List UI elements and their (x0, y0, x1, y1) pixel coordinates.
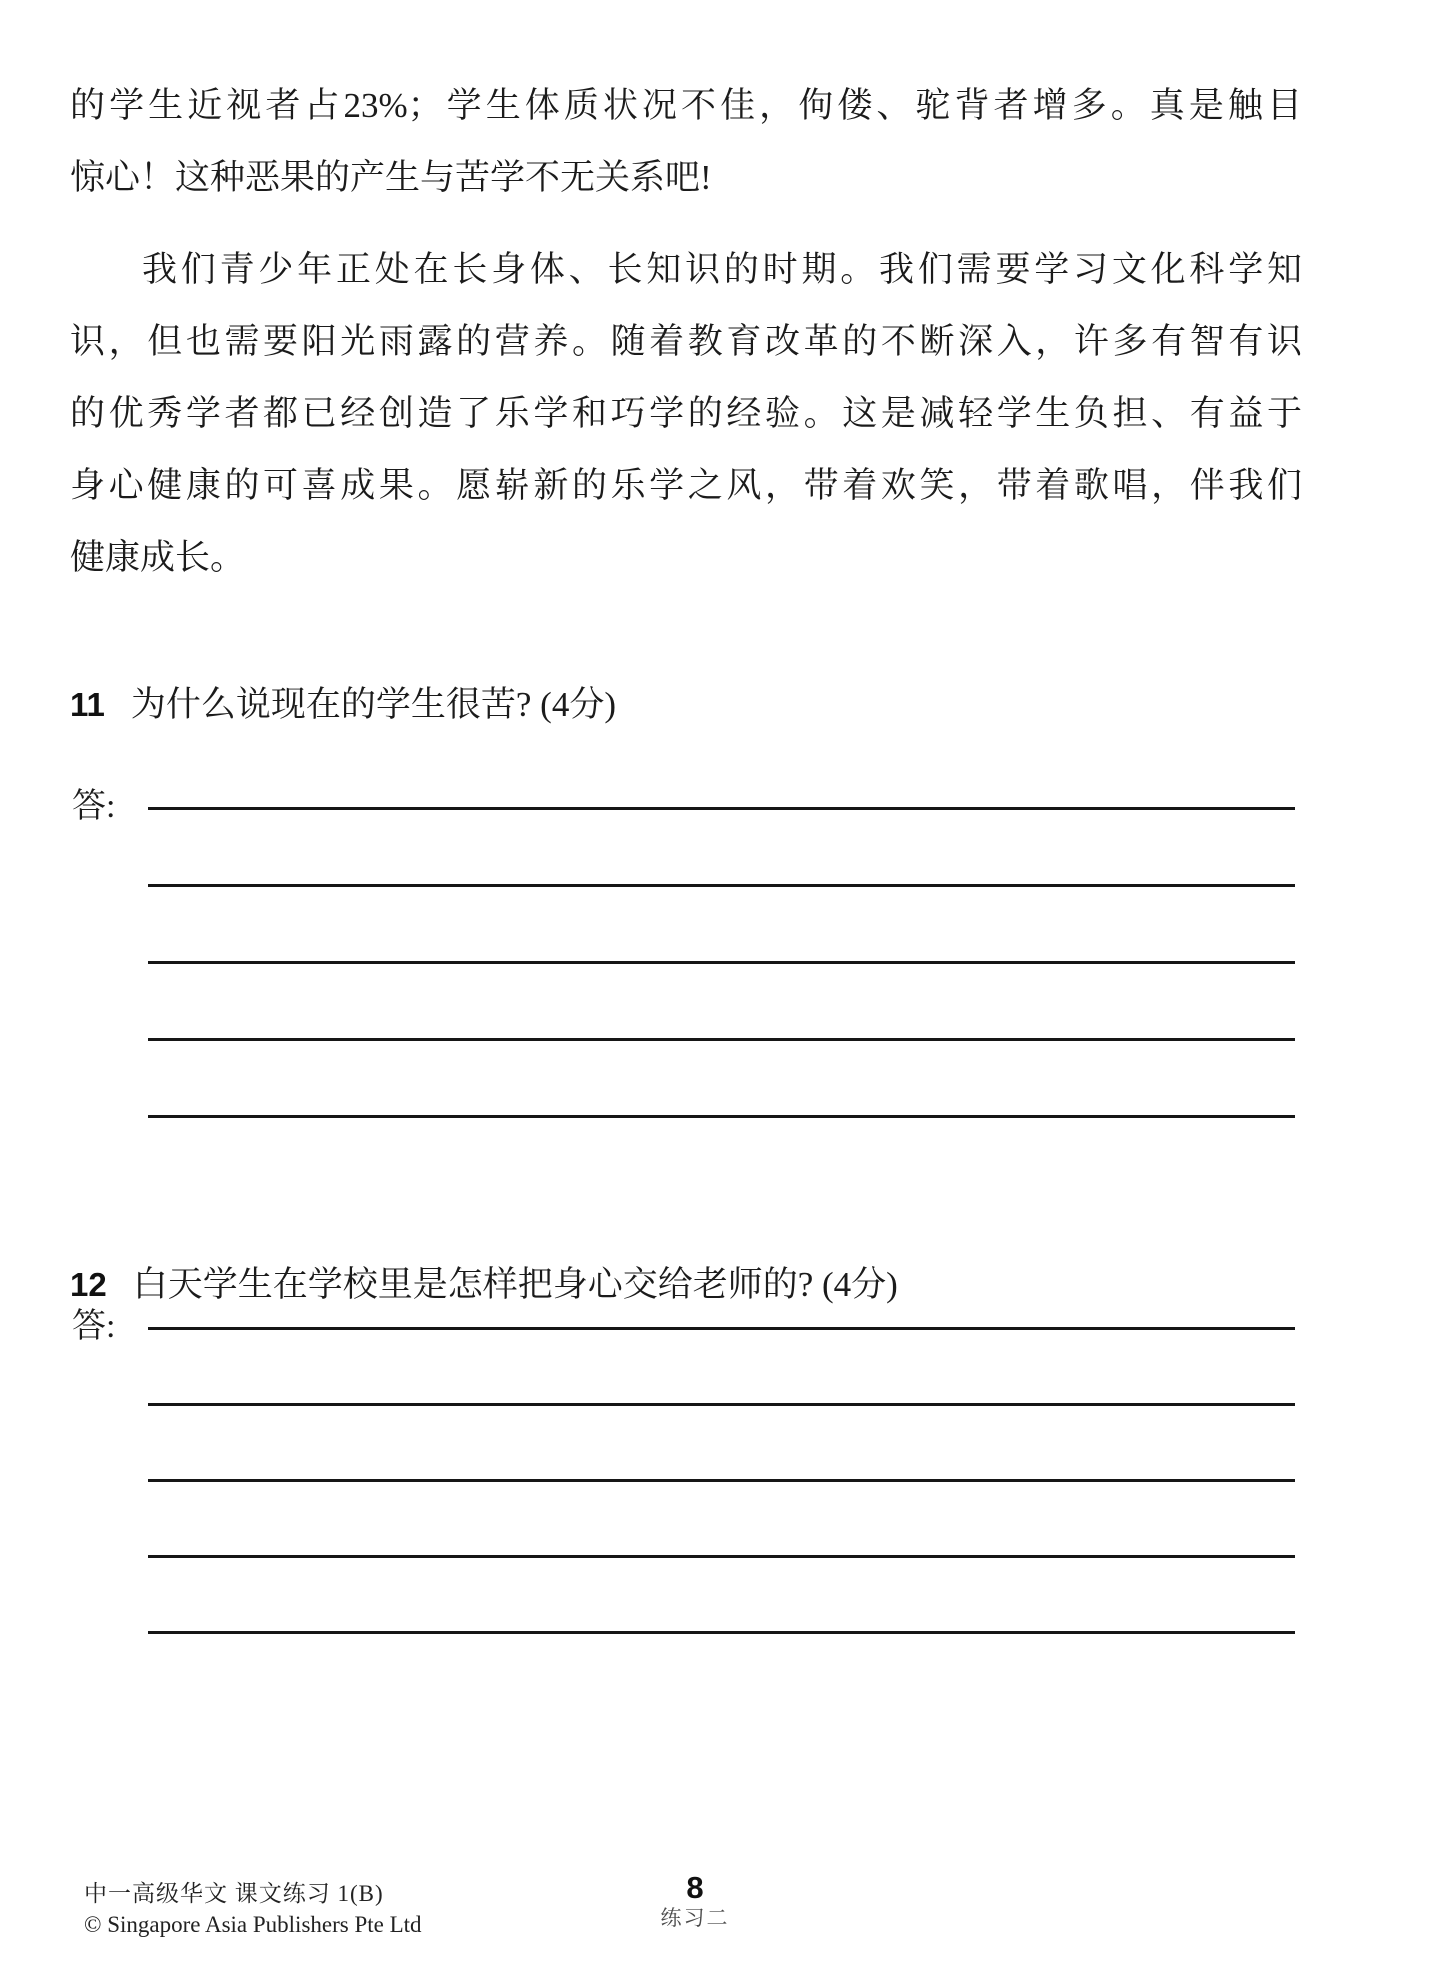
passage-line: 的学生近视者占23%；学生体质状况不佳，佝偻、驼背者增多。真是触目 (70, 70, 1302, 142)
answer-area-12 (148, 1254, 1295, 1634)
footer-pagination: 8 练习二 (615, 1872, 775, 1932)
answer-blank-line[interactable] (148, 1254, 1295, 1330)
footer-imprint: 中一高级华文 课文练习 1(B) © Singapore Asia Publis… (84, 1878, 422, 1940)
passage-line: 识，但也需要阳光雨露的营养。随着教育改革的不断深入，许多有智有识 (70, 306, 1302, 378)
answer-blank-line[interactable] (148, 810, 1295, 887)
footer-section-name: 练习二 (615, 1904, 775, 1932)
answer-blank-line[interactable] (148, 887, 1295, 964)
page-number: 8 (615, 1872, 775, 1904)
passage-line: 惊心！这种恶果的产生与苦学不无关系吧! (70, 142, 1302, 214)
footer-book-title: 中一高级华文 课文练习 1(B) (84, 1878, 422, 1909)
answer-blank-line[interactable] (148, 1041, 1295, 1118)
answer-label-12: 答: (72, 1298, 115, 1347)
workbook-page: 的学生近视者占23%；学生体质状况不佳，佝偻、驼背者增多。真是触目 惊心！这种恶… (0, 0, 1445, 1975)
question-11: 11 为什么说现在的学生很苦? (4分) (70, 682, 1302, 728)
passage-line: 健康成长。 (70, 522, 1302, 594)
answer-label-11: 答: (72, 778, 115, 827)
reading-passage: 的学生近视者占23%；学生体质状况不佳，佝偻、驼背者增多。真是触目 惊心！这种恶… (70, 70, 1302, 594)
question-11-number: 11 (70, 682, 105, 728)
question-11-text: 为什么说现在的学生很苦? (4分) (131, 682, 616, 728)
footer-publisher: © Singapore Asia Publishers Pte Ltd (84, 1909, 422, 1940)
answer-blank-line[interactable] (148, 733, 1295, 810)
passage-line: 身心健康的可喜成果。愿崭新的乐学之风，带着欢笑，带着歌唱，伴我们 (70, 450, 1302, 522)
passage-line: 的优秀学者都已经创造了乐学和巧学的经验。这是减轻学生负担、有益于 (70, 378, 1302, 450)
passage-paragraph-1: 的学生近视者占23%；学生体质状况不佳，佝偻、驼背者增多。真是触目 惊心！这种恶… (70, 70, 1302, 214)
answer-area-11 (148, 733, 1295, 1118)
passage-paragraph-2: 我们青少年正处在长身体、长知识的时期。我们需要学习文化科学知 识，但也需要阳光雨… (70, 234, 1302, 594)
answer-blank-line[interactable] (148, 1482, 1295, 1558)
answer-blank-line[interactable] (148, 1330, 1295, 1406)
answer-blank-line[interactable] (148, 1406, 1295, 1482)
passage-line: 我们青少年正处在长身体、长知识的时期。我们需要学习文化科学知 (70, 234, 1302, 306)
answer-blank-line[interactable] (148, 1558, 1295, 1634)
answer-blank-line[interactable] (148, 964, 1295, 1041)
